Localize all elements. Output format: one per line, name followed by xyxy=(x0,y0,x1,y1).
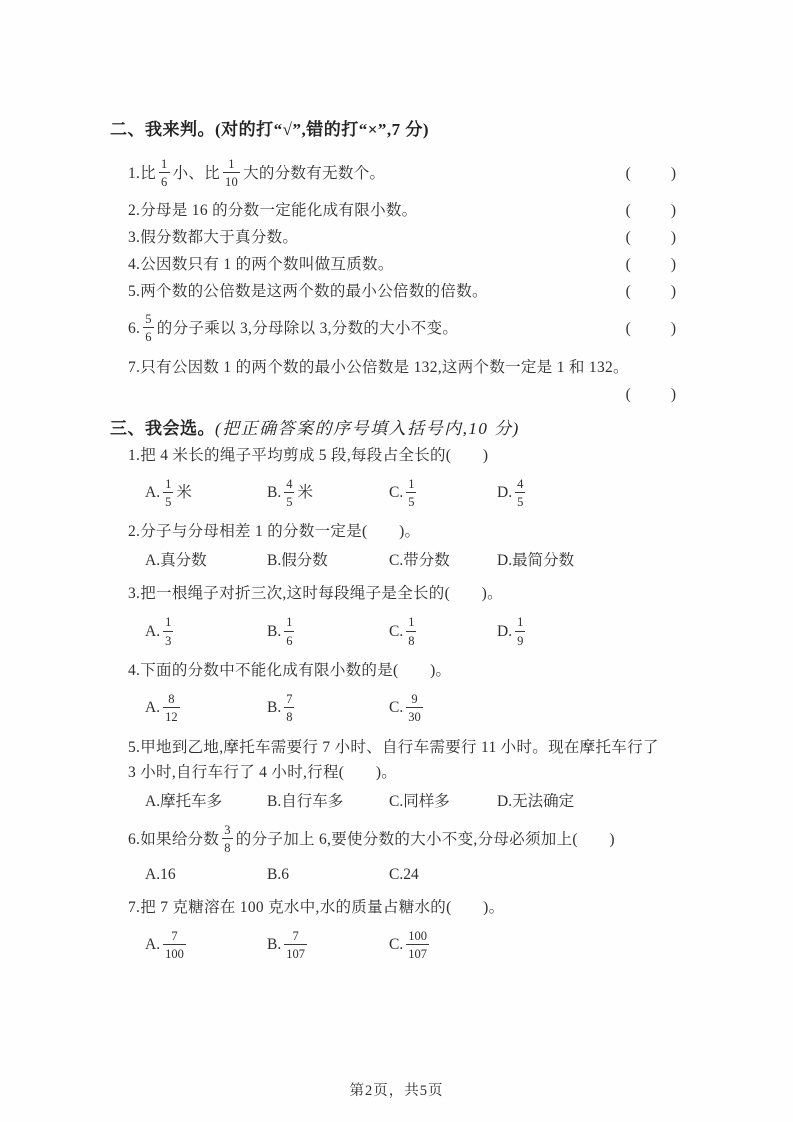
fraction: 812 xyxy=(163,692,180,725)
option-a: A.16 xyxy=(145,862,267,888)
option-text: 6 xyxy=(281,862,289,888)
answer-bracket: ( ) xyxy=(626,278,689,305)
option-text: 最简分数 xyxy=(512,548,574,574)
numerator: 9 xyxy=(409,692,419,706)
option-b: B.16 xyxy=(267,615,389,648)
option-d: D.19 xyxy=(497,615,689,648)
section-judge-heading: 二、我来判。(对的打“√”,错的打“×”,7 分) xyxy=(110,118,689,141)
fraction: 16 xyxy=(284,615,294,648)
option-b: B.7107 xyxy=(267,929,389,962)
option-a: A.13 xyxy=(145,615,267,648)
fraction-bar xyxy=(222,838,233,839)
fraction-bar xyxy=(143,327,154,328)
denominator: 3 xyxy=(163,634,173,648)
answer-bracket: ( ) xyxy=(626,251,689,278)
answer-bracket: ( ) xyxy=(626,224,689,251)
fraction-bar xyxy=(406,944,429,945)
option-a: A.真分数 xyxy=(145,548,267,574)
denominator: 8 xyxy=(284,710,294,724)
item-text: 4.公因数只有 1 的两个数叫做互质数。 xyxy=(128,251,394,278)
option-text: 同样多 xyxy=(403,789,450,815)
option-label: A. xyxy=(145,862,160,888)
option-label: A. xyxy=(145,619,160,645)
fraction-bar xyxy=(284,631,294,632)
option-label: A. xyxy=(145,480,160,506)
fraction: 19 xyxy=(515,615,525,648)
fraction: 100107 xyxy=(406,929,429,962)
fraction: 38 xyxy=(222,823,233,856)
fraction: 15 xyxy=(163,477,173,510)
option-d: D.无法确定 xyxy=(497,789,689,815)
fraction-bar xyxy=(163,631,173,632)
fraction: 45 xyxy=(284,477,294,510)
option-text: 带分数 xyxy=(403,548,450,574)
question-1-options: A.15米 B.45米 C.15 D.45 xyxy=(145,477,689,510)
option-label: B. xyxy=(267,695,281,721)
numerator: 1 xyxy=(226,157,237,171)
question-2-stem: 2.分子与分母相差 1 的分数一定是( )。 xyxy=(110,519,689,544)
item-text: 1.比 xyxy=(128,160,156,187)
item-text: 小、比 xyxy=(173,160,220,187)
page-footer: 第2页，共5页 xyxy=(0,1079,793,1100)
option-label: A. xyxy=(145,789,160,815)
answer-bracket: ( ) xyxy=(626,197,689,224)
judge-item-3: 3.假分数都大于真分数。 ( ) xyxy=(110,224,689,251)
judge-item-7: 7.只有公因数 1 的两个数的最小公倍数是 132,这两个数一定是 1 和 13… xyxy=(110,354,689,381)
fraction-bar xyxy=(406,492,416,493)
option-label: C. xyxy=(389,789,403,815)
question-7-options: A.7100 B.7107 C.100107 xyxy=(145,929,689,962)
fraction-bar xyxy=(284,944,307,945)
numerator: 1 xyxy=(159,157,170,171)
denominator: 100 xyxy=(163,947,186,961)
item-text: 3.假分数都大于真分数。 xyxy=(128,224,298,251)
test-paper-page: 二、我来判。(对的打“√”,错的打“×”,7 分) 1.比 16 小、比 110… xyxy=(0,0,793,1122)
numerator: 100 xyxy=(406,929,429,943)
option-label: C. xyxy=(389,862,403,888)
option-label: B. xyxy=(267,548,281,574)
option-label: D. xyxy=(497,789,512,815)
option-text: 真分数 xyxy=(160,548,207,574)
option-label: C. xyxy=(389,932,403,958)
option-label: A. xyxy=(145,932,160,958)
numerator: 8 xyxy=(166,692,176,706)
judge-item-5: 5.两个数的公倍数是这两个数的最小公倍数的倍数。 ( ) xyxy=(110,278,689,305)
option-a: A.摩托车多 xyxy=(145,789,267,815)
question-1-stem: 1.把 4 米长的绳子平均剪成 5 段,每段占全长的( ) xyxy=(110,443,689,468)
fraction-bar xyxy=(284,492,294,493)
fraction-bar xyxy=(159,172,170,173)
option-c: C.24 xyxy=(389,862,497,888)
option-label: D. xyxy=(497,619,512,645)
denominator: 10 xyxy=(223,175,240,189)
numerator: 1 xyxy=(163,615,173,629)
fraction-bar xyxy=(515,492,525,493)
page-content: 二、我来判。(对的打“√”,错的打“×”,7 分) 1.比 16 小、比 110… xyxy=(0,0,793,961)
answer-bracket: ( ) xyxy=(626,315,689,342)
denominator: 8 xyxy=(222,841,233,855)
section-choice-heading: 三、我会选。(把正确答案的序号填入括号内,10 分) xyxy=(110,417,689,440)
option-c: C.同样多 xyxy=(389,789,497,815)
option-c: C.带分数 xyxy=(389,548,497,574)
answer-bracket: ( ) xyxy=(626,386,679,403)
numerator: 1 xyxy=(515,615,525,629)
option-text: 假分数 xyxy=(281,548,328,574)
item-text: 6. xyxy=(128,315,140,342)
fraction-bar xyxy=(406,707,423,708)
option-a: A.15米 xyxy=(145,477,267,510)
denominator: 6 xyxy=(159,175,170,189)
denominator: 6 xyxy=(143,330,154,344)
item-text: 2.分母是 16 的分数一定能化成有限小数。 xyxy=(128,197,417,224)
option-c: C.930 xyxy=(389,692,497,725)
numerator: 1 xyxy=(406,615,416,629)
fraction-bar xyxy=(163,492,173,493)
option-d: D.45 xyxy=(497,477,689,510)
fraction-bar xyxy=(515,631,525,632)
judge-item-text: 1.比 16 小、比 110 大的分数有无数个。 xyxy=(128,157,385,190)
question-5-options: A.摩托车多 B.自行车多 C.同样多 D.无法确定 xyxy=(145,789,689,815)
option-label: A. xyxy=(145,695,160,721)
fraction: 18 xyxy=(406,615,416,648)
fraction-bar xyxy=(223,172,240,173)
fraction-bar xyxy=(163,707,180,708)
fraction: 110 xyxy=(223,157,240,190)
fraction: 13 xyxy=(163,615,173,648)
denominator: 12 xyxy=(163,710,180,724)
question-6-stem: 6.如果给分数 38 的分子加上 6,要使分数的大小不变,分母必须加上( ) xyxy=(110,823,689,856)
denominator: 107 xyxy=(284,947,307,961)
option-c: C.18 xyxy=(389,615,497,648)
option-text: 16 xyxy=(160,862,176,888)
numerator: 4 xyxy=(515,477,525,491)
option-b: B.45米 xyxy=(267,477,389,510)
denominator: 5 xyxy=(163,495,173,509)
denominator: 9 xyxy=(515,634,525,648)
denominator: 5 xyxy=(406,495,416,509)
question-4-options: A.812 B.78 C.930 xyxy=(145,692,689,725)
fraction: 56 xyxy=(143,312,154,345)
option-label: C. xyxy=(389,695,403,721)
question-3-options: A.13 B.16 C.18 D.19 xyxy=(145,615,689,648)
option-label: C. xyxy=(389,619,403,645)
fraction: 16 xyxy=(159,157,170,190)
judge-item-4: 4.公因数只有 1 的两个数叫做互质数。 ( ) xyxy=(110,251,689,278)
option-label: D. xyxy=(497,548,512,574)
option-label: B. xyxy=(267,619,281,645)
option-b: B.6 xyxy=(267,862,389,888)
option-text: 24 xyxy=(403,862,419,888)
option-label: C. xyxy=(389,480,403,506)
section-choice-title: 三、我会选。 xyxy=(110,419,215,438)
numerator: 7 xyxy=(169,929,179,943)
denominator: 5 xyxy=(515,495,525,509)
option-label: D. xyxy=(497,480,512,506)
fraction-bar xyxy=(406,631,416,632)
option-label: B. xyxy=(267,480,281,506)
option-b: B.自行车多 xyxy=(267,789,389,815)
option-suffix: 米 xyxy=(297,480,313,506)
numerator: 1 xyxy=(284,615,294,629)
option-b: B.假分数 xyxy=(267,548,389,574)
option-text: 自行车多 xyxy=(281,789,343,815)
option-label: B. xyxy=(267,789,281,815)
question-4-stem: 4.下面的分数中不能化成有限小数的是( )。 xyxy=(110,658,689,683)
numerator: 1 xyxy=(406,477,416,491)
option-label: B. xyxy=(267,932,281,958)
denominator: 30 xyxy=(406,710,423,724)
numerator: 1 xyxy=(163,477,173,491)
item-text: 5.两个数的公倍数是这两个数的最小公倍数的倍数。 xyxy=(128,278,488,305)
stem-text: 6.如果给分数 xyxy=(128,827,219,852)
denominator: 5 xyxy=(284,495,294,509)
item-text: 的分子乘以 3,分母除以 3,分数的大小不变。 xyxy=(157,315,458,342)
numerator: 7 xyxy=(290,929,300,943)
judge-item-6: 6. 56 的分子乘以 3,分母除以 3,分数的大小不变。 ( ) xyxy=(110,312,689,345)
question-7-stem: 7.把 7 克糖溶在 100 克水中,水的质量占糖水的( )。 xyxy=(110,895,689,920)
item-text: 7.只有公因数 1 的两个数的最小公倍数是 132,这两个数一定是 1 和 13… xyxy=(128,354,629,381)
option-c: C.100107 xyxy=(389,929,497,962)
fraction-bar xyxy=(284,707,294,708)
numerator: 3 xyxy=(222,823,233,837)
option-a: A.7100 xyxy=(145,929,267,962)
fraction: 45 xyxy=(515,477,525,510)
option-a: A.812 xyxy=(145,692,267,725)
option-label: B. xyxy=(267,862,281,888)
denominator: 107 xyxy=(406,947,429,961)
fraction: 15 xyxy=(406,477,416,510)
judge-item-1: 1.比 16 小、比 110 大的分数有无数个。 ( ) xyxy=(110,157,689,190)
denominator: 8 xyxy=(406,634,416,648)
section-choice-subtitle: (把正确答案的序号填入括号内,10 分) xyxy=(215,419,520,438)
numerator: 5 xyxy=(143,312,154,326)
section-judge-subtitle: (对的打“√”,错的打“×”,7 分) xyxy=(215,120,429,139)
stem-text: 的分子加上 6,要使分数的大小不变,分母必须加上( ) xyxy=(236,827,615,852)
question-6-options: A.16 B.6 C.24 xyxy=(145,862,689,888)
denominator: 6 xyxy=(284,634,294,648)
fraction-bar xyxy=(163,944,186,945)
numerator: 4 xyxy=(284,477,294,491)
fraction: 930 xyxy=(406,692,423,725)
fraction: 78 xyxy=(284,692,294,725)
answer-bracket: ( ) xyxy=(626,160,689,187)
item-text: 大的分数有无数个。 xyxy=(243,160,385,187)
question-5-stem-line2: 3 小时,自行车行了 4 小时,行程( )。 xyxy=(110,760,689,785)
option-c: C.15 xyxy=(389,477,497,510)
judge-item-2: 2.分母是 16 的分数一定能化成有限小数。 ( ) xyxy=(110,197,689,224)
option-label: A. xyxy=(145,548,160,574)
judge-item-7-bracket-row: ( ) xyxy=(110,383,689,407)
option-b: B.78 xyxy=(267,692,389,725)
fraction: 7100 xyxy=(163,929,186,962)
option-d: D.最简分数 xyxy=(497,548,689,574)
option-text: 无法确定 xyxy=(512,789,574,815)
fraction: 7107 xyxy=(284,929,307,962)
judge-item-text: 6. 56 的分子乘以 3,分母除以 3,分数的大小不变。 xyxy=(128,312,458,345)
option-text: 摩托车多 xyxy=(160,789,222,815)
option-label: C. xyxy=(389,548,403,574)
numerator: 7 xyxy=(284,692,294,706)
section-judge-title: 二、我来判。 xyxy=(110,120,215,139)
question-2-options: A.真分数 B.假分数 C.带分数 D.最简分数 xyxy=(145,548,689,574)
question-3-stem: 3.把一根绳子对折三次,这时每段绳子是全长的( )。 xyxy=(110,581,689,606)
question-5-stem-line1: 5.甲地到乙地,摩托车需要行 7 小时、自行车需要行 11 小时。现在摩托车行了 xyxy=(110,735,689,760)
option-suffix: 米 xyxy=(176,480,192,506)
